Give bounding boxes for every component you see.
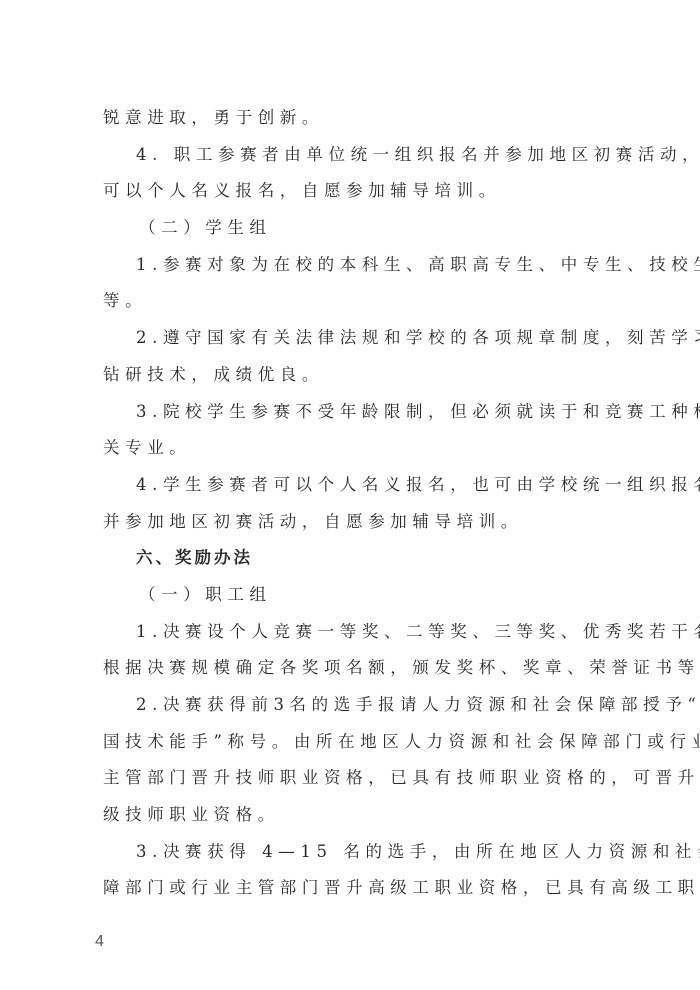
text-line: 根据决赛规模确定各奖项名额，颁发奖杯、奖章、荣誉证书等。 (103, 650, 629, 687)
subsection-heading-workers: （一）职工组 (103, 577, 629, 614)
paragraph-item-1-rewards: 1.决赛设个人竞赛一等奖、二等奖、三等奖、优秀奖若干名， (103, 614, 629, 651)
subsection-heading-students: （二）学生组 (103, 210, 629, 247)
text-line: 钻研技术，成绩优良。 (103, 357, 629, 394)
paragraph-item-4-workers: 4. 职工参赛者由单位统一组织报名并参加地区初赛活动，也 (103, 137, 629, 174)
text-line: 级技师职业资格。 (103, 797, 629, 834)
text-line: 国技术能手”称号。由所在地区人力资源和社会保障部门或行业 (103, 724, 629, 761)
text-line: 主管部门晋升技师职业资格，已具有技师职业资格的，可晋升高 (103, 760, 629, 797)
text-line: 障部门或行业主管部门晋升高级工职业资格，已具有高级工职业 (103, 870, 629, 907)
paragraph-item-2-rewards: 2.决赛获得前3名的选手报请人力资源和社会保障部授予“全 (103, 687, 629, 724)
section-heading-rewards: 六、奖励办法 (103, 540, 629, 577)
paragraph-item-4-students: 4.学生参赛者可以个人名义报名，也可由学校统一组织报名 (103, 467, 629, 504)
text-line: 锐意进取，勇于创新。 (103, 100, 629, 137)
text-line: 关专业。 (103, 430, 629, 467)
text-line: 可以个人名义报名，自愿参加辅导培训。 (103, 173, 629, 210)
text-line: 等。 (103, 283, 629, 320)
page-number: 4 (95, 933, 104, 951)
paragraph-item-3-students: 3.院校学生参赛不受年龄限制，但必须就读于和竞赛工种相 (103, 394, 629, 431)
text-line: 并参加地区初赛活动，自愿参加辅导培训。 (103, 504, 629, 541)
paragraph-item-1-students: 1.参赛对象为在校的本科生、高职高专生、中专生、技校生 (103, 247, 629, 284)
document-page: 锐意进取，勇于创新。 4. 职工参赛者由单位统一组织报名并参加地区初赛活动，也 … (103, 100, 629, 907)
paragraph-item-3-rewards: 3.决赛获得 4—15 名的选手，由所在地区人力资源和社会保 (103, 834, 629, 871)
paragraph-item-2-students: 2.遵守国家有关法律法规和学校的各项规章制度，刻苦学习， (103, 320, 629, 357)
